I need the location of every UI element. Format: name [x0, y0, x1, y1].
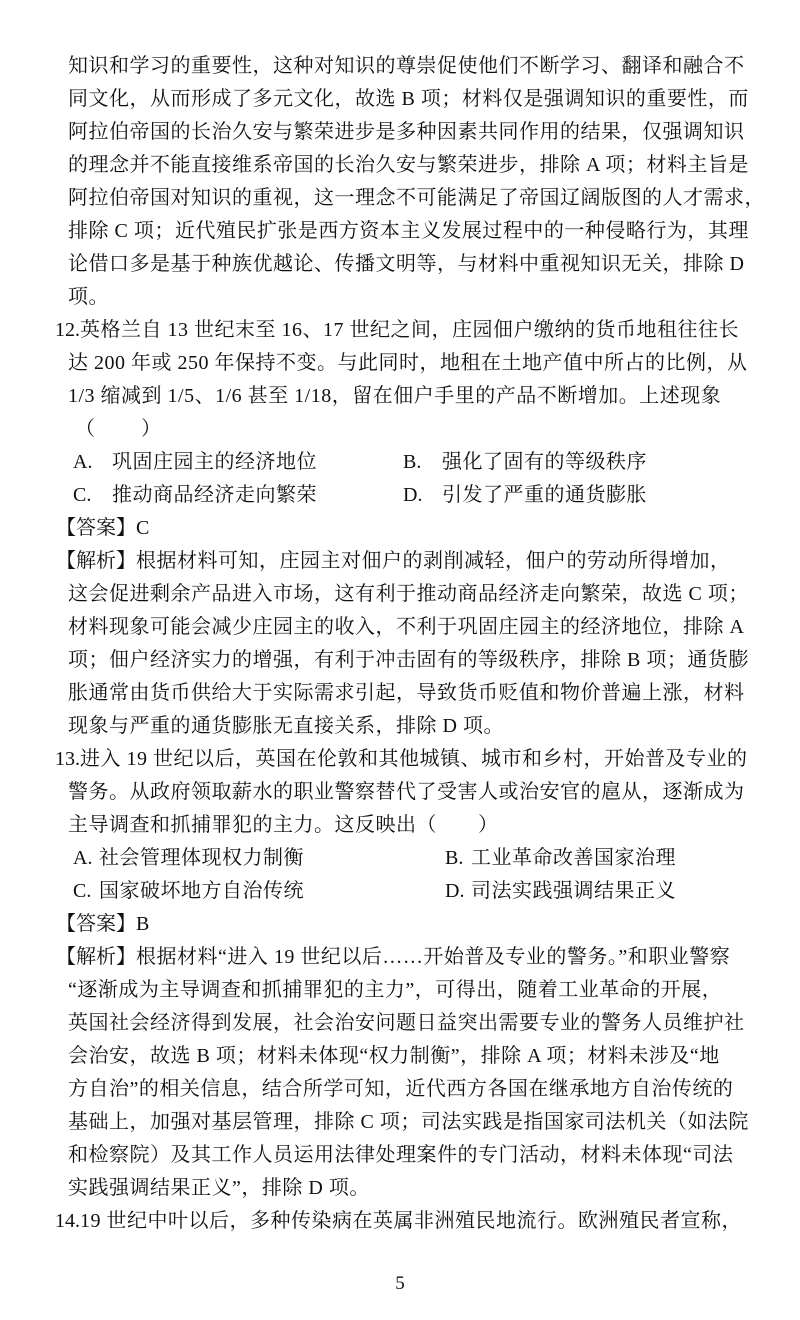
- question-stem-line: 主导调查和抓捕罪犯的主力。这反映出（ ）: [0, 809, 800, 842]
- analysis-line: 英国社会经济得到发展，社会治安问题日益突出需要专业的警务人员维护社: [0, 1007, 800, 1040]
- options-row: A.巩固庄园主的经济地位B.强化了固有的等级秩序: [0, 446, 800, 479]
- analysis-line: 【解析】根据材料“进入 19 世纪以后……开始普及专业的警务。”和职业警察: [0, 941, 800, 974]
- options-row: C.国家破坏地方自治传统D.司法实践强调结果正义: [0, 875, 800, 908]
- answer-line: 【答案】B: [0, 908, 800, 941]
- option-a-label: A.: [73, 842, 99, 875]
- analysis-line: “逐渐成为主导调查和抓捕罪犯的主力”，可得出，随着工业革命的开展，: [0, 974, 800, 1007]
- option-d: D.引发了严重的通货膨胀: [403, 484, 647, 506]
- analysis-line: 现象与严重的通货膨胀无直接关系，排除 D 项。: [0, 710, 800, 743]
- options-row: C.推动商品经济走向繁荣D.引发了严重的通货膨胀: [0, 479, 800, 512]
- answer-label: 【答案】: [56, 913, 136, 935]
- analysis-text: 根据材料“进入 19 世纪以后……开始普及专业的警务。”和职业警察: [136, 946, 730, 968]
- analysis-line: 胀通常由货币供给大于实际需求引起，导致货币贬值和物价普遍上涨，材料: [0, 677, 800, 710]
- question-stem-line: 12.英格兰自 13 世纪末至 16、17 世纪之间，庄园佃户缴纳的货币地租往往…: [0, 314, 800, 347]
- question-stem-text: 19 世纪中叶以后，多种传染病在英属非洲殖民地流行。欧洲殖民者宣称，: [80, 1210, 742, 1232]
- analysis-line: 材料现象可能会减少庄园主的收入，不利于巩固庄园主的经济地位，排除 A: [0, 611, 800, 644]
- answer-line: 【答案】C: [0, 512, 800, 545]
- option-a-text: 社会管理体现权力制衡: [99, 847, 304, 869]
- option-c: C.国家破坏地方自治传统: [73, 875, 445, 908]
- option-d-text: 引发了严重的通货膨胀: [442, 484, 647, 506]
- question-stem-line: 13.进入 19 世纪以后，英国在伦敦和其他城镇、城市和乡村，开始普及专业的: [0, 743, 800, 776]
- option-b-label: B.: [403, 446, 442, 479]
- question-13: 13.进入 19 世纪以后，英国在伦敦和其他城镇、城市和乡村，开始普及专业的 警…: [0, 743, 800, 1205]
- option-a: A.社会管理体现权力制衡: [73, 842, 445, 875]
- analysis-line: 基础上，加强对基层管理，排除 C 项；司法实践是指国家司法机关（如法院: [0, 1106, 800, 1139]
- page-number: 5: [0, 1267, 800, 1300]
- question-stem-text: 进入 19 世纪以后，英国在伦敦和其他城镇、城市和乡村，开始普及专业的: [80, 748, 748, 770]
- option-d-label: D.: [403, 479, 442, 512]
- analysis-line: 会治安，故选 B 项；材料未体现“权力制衡”，排除 A 项；材料未涉及“地: [0, 1040, 800, 1073]
- answer-parentheses: （ ）: [0, 413, 800, 446]
- answer-label: 【答案】: [56, 517, 136, 539]
- analysis-line: 和检察院）及其工作人员运用法律处理案件的专门活动，材料未体现“司法: [0, 1139, 800, 1172]
- question-number: 12.: [55, 314, 80, 347]
- option-d: D.司法实践强调结果正义: [445, 880, 676, 902]
- option-a: A.巩固庄园主的经济地位: [73, 446, 403, 479]
- analysis-label: 【解析】: [56, 946, 136, 968]
- option-c: C.推动商品经济走向繁荣: [73, 479, 403, 512]
- analysis-line: 项；佃户经济实力的增强，有利于冲击固有的等级秩序，排除 B 项；通货膨: [0, 644, 800, 677]
- option-a-text: 巩固庄园主的经济地位: [112, 451, 317, 473]
- options-row: A.社会管理体现权力制衡B.工业革命改善国家治理: [0, 842, 800, 875]
- question-stem-text: 英格兰自 13 世纪末至 16、17 世纪之间，庄园佃户缴纳的货币地租往往长: [80, 319, 739, 341]
- option-a-label: A.: [73, 446, 112, 479]
- analysis-continuation-line: 阿拉伯帝国对知识的重视，这一理念不可能满足了帝国辽阔版图的人才需求，: [0, 182, 800, 215]
- analysis-continuation-line: 排除 C 项；近代殖民扩张是西方资本主义发展过程中的一种侵略行为，其理: [0, 215, 800, 248]
- option-c-label: C.: [73, 875, 99, 908]
- analysis-continuation-line: 论借口多是基于种族优越论、传播文明等，与材料中重视知识无关，排除 D: [0, 248, 800, 281]
- analysis-continuation-line: 知识和学习的重要性，这种对知识的尊崇促使他们不断学习、翻译和融合不: [0, 50, 800, 83]
- exam-page: 知识和学习的重要性，这种对知识的尊崇促使他们不断学习、翻译和融合不 同文化，从而…: [0, 50, 800, 1238]
- answer-value: B: [136, 913, 150, 935]
- option-c-text: 推动商品经济走向繁荣: [112, 484, 317, 506]
- question-stem-line: 14.19 世纪中叶以后，多种传染病在英属非洲殖民地流行。欧洲殖民者宣称，: [0, 1205, 800, 1238]
- option-b: B.强化了固有的等级秩序: [403, 451, 647, 473]
- analysis-line: 实践强调结果正义”，排除 D 项。: [0, 1172, 800, 1205]
- question-12: 12.英格兰自 13 世纪末至 16、17 世纪之间，庄园佃户缴纳的货币地租往往…: [0, 314, 800, 743]
- analysis-line: 这会促进剩余产品进入市场，这有利于推动商品经济走向繁荣，故选 C 项；: [0, 578, 800, 611]
- option-c-label: C.: [73, 479, 112, 512]
- question-number: 14.: [55, 1205, 80, 1238]
- analysis-continuation-line: 阿拉伯帝国的长治久安与繁荣进步是多种因素共同作用的结果，仅强调知识: [0, 116, 800, 149]
- answer-value: C: [136, 517, 150, 539]
- question-stem-line: 1/3 缩减到 1/5、1/6 甚至 1/18，留在佃户手里的产品不断增加。上述…: [0, 380, 800, 413]
- option-b-label: B.: [445, 842, 471, 875]
- analysis-continuation-line: 项。: [0, 281, 800, 314]
- analysis-line: 【解析】根据材料可知，庄园主对佃户的剥削减轻，佃户的劳动所得增加，: [0, 545, 800, 578]
- option-c-text: 国家破坏地方自治传统: [99, 880, 304, 902]
- analysis-text: 根据材料可知，庄园主对佃户的剥削减轻，佃户的劳动所得增加，: [136, 550, 731, 572]
- analysis-continuation-line: 同文化，从而形成了多元文化，故选 B 项；材料仅是强调知识的重要性，而: [0, 83, 800, 116]
- option-b-text: 强化了固有的等级秩序: [442, 451, 647, 473]
- question-number: 13.: [55, 743, 80, 776]
- analysis-continuation-line: 的理念并不能直接维系帝国的长治久安与繁荣进步，排除 A 项；材料主旨是: [0, 149, 800, 182]
- analysis-label: 【解析】: [56, 550, 136, 572]
- option-b: B.工业革命改善国家治理: [445, 847, 676, 869]
- question-stem-line: 警务。从政府领取薪水的职业警察替代了受害人或治安官的扈从，逐渐成为: [0, 776, 800, 809]
- option-d-text: 司法实践强调结果正义: [471, 880, 676, 902]
- analysis-line: 方自治”的相关信息，结合所学可知，近代西方各国在继承地方自治传统的: [0, 1073, 800, 1106]
- question-stem-line: 达 200 年或 250 年保持不变。与此同时，地租在土地产值中所占的比例，从: [0, 347, 800, 380]
- option-d-label: D.: [445, 875, 471, 908]
- question-14: 14.19 世纪中叶以后，多种传染病在英属非洲殖民地流行。欧洲殖民者宣称，: [0, 1205, 800, 1238]
- option-b-text: 工业革命改善国家治理: [471, 847, 676, 869]
